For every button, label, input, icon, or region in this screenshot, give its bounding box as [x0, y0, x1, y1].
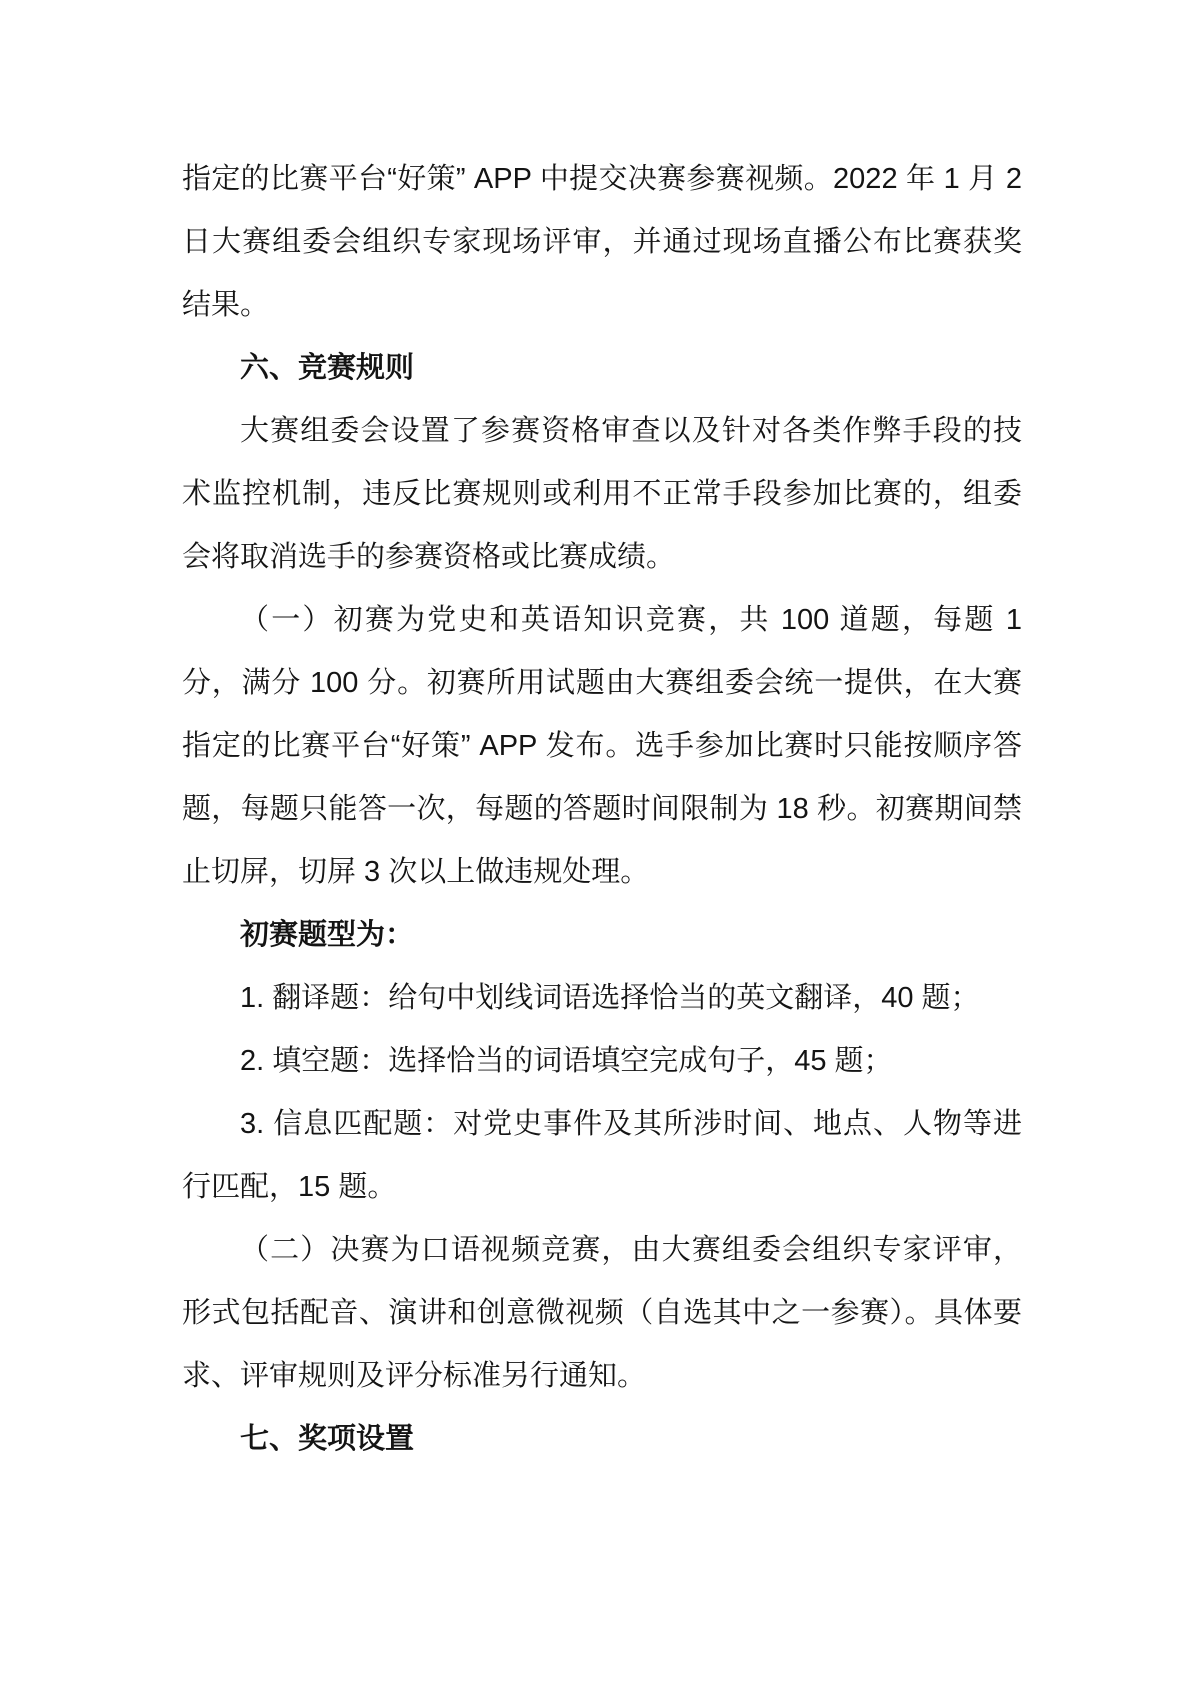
paragraph-preliminary-round: （一）初赛为党史和英语知识竞赛，共 100 道题，每题 1 分，满分 100 分… — [182, 589, 1022, 904]
document-content: 指定的比赛平台“好策” APP 中提交决赛参赛视频。2022 年 1 月 2 日… — [182, 148, 1022, 1471]
subheading-preliminary-question-types: 初赛题型为： — [182, 904, 1022, 967]
document-page: 指定的比赛平台“好策” APP 中提交决赛参赛视频。2022 年 1 月 2 日… — [0, 0, 1200, 1697]
list-item-fill-blank-questions: 2. 填空题：选择恰当的词语填空完成句子，45 题； — [182, 1030, 1022, 1093]
paragraph-final-video-submission: 指定的比赛平台“好策” APP 中提交决赛参赛视频。2022 年 1 月 2 日… — [182, 148, 1022, 337]
paragraph-final-round: （二）决赛为口语视频竞赛，由大赛组委会组织专家评审，形式包括配音、演讲和创意微视… — [182, 1219, 1022, 1408]
heading-competition-rules: 六、竞赛规则 — [182, 337, 1022, 400]
paragraph-anti-cheating: 大赛组委会设置了参赛资格审查以及针对各类作弊手段的技术监控机制，违反比赛规则或利… — [182, 400, 1022, 589]
list-item-matching-questions: 3. 信息匹配题：对党史事件及其所涉时间、地点、人物等进行匹配，15 题。 — [182, 1093, 1022, 1219]
list-item-translation-questions: 1. 翻译题：给句中划线词语选择恰当的英文翻译，40 题； — [182, 967, 1022, 1030]
heading-awards: 七、奖项设置 — [182, 1408, 1022, 1471]
